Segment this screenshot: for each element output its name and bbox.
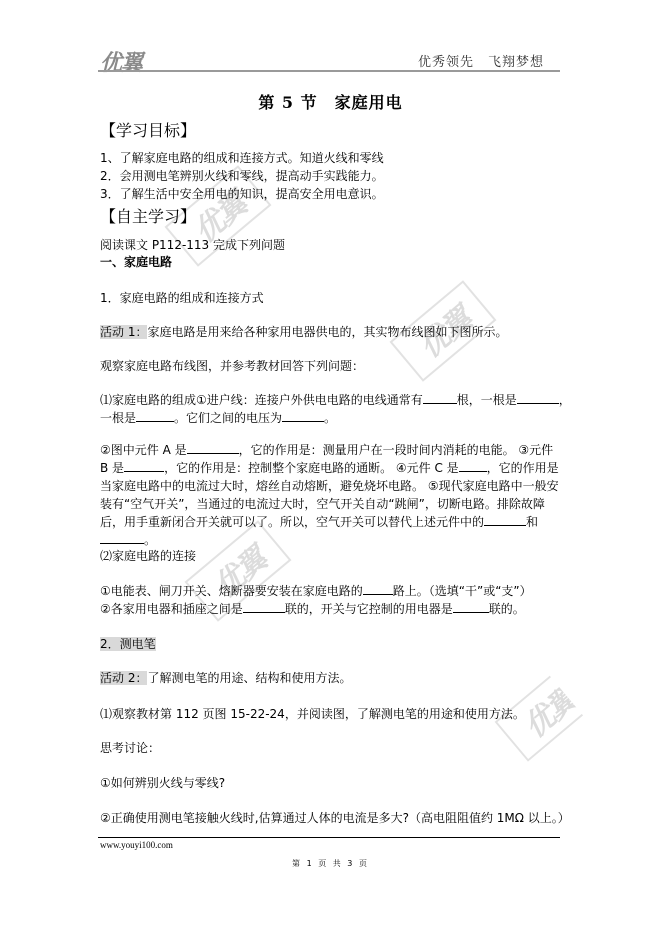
footer-divider xyxy=(98,837,560,838)
q1-text: 。 xyxy=(324,411,336,425)
connection-item-1: ①电能表、闸刀开关、熔断器要安装在家庭电路的路上。（选填“干”或“支”） xyxy=(100,582,532,600)
header-divider xyxy=(98,70,560,72)
header-logo: 优翼 xyxy=(100,46,142,77)
connection-item-2: ②各家用电器和插座之间是联的，开关与它控制的用电器是联的。 xyxy=(100,600,525,618)
conn-text: 路上。（选填“干”或“支”） xyxy=(393,584,532,598)
q1-text: 根，一根是 xyxy=(457,393,517,407)
question-1-line2: 一根是。它们之间的电压为。 xyxy=(100,409,336,427)
activity1-label: 活动 1： xyxy=(100,325,147,339)
part1-heading: 一、家庭电路 xyxy=(100,253,172,271)
answer-blank[interactable] xyxy=(136,409,174,422)
q1-text: ⑴家庭电路的组成①进户线：连接户外供电电路的电线通常有 xyxy=(100,393,423,407)
objective-item: 2．会用测电笔辨别火线和零线，提高动手实践能力。 xyxy=(100,167,384,185)
activity2-label: 活动 2： xyxy=(100,671,147,685)
conn-text: 联的。 xyxy=(489,602,525,616)
objective-item: 1、了解家庭电路的组成和连接方式。知道火线和零线 xyxy=(100,149,384,167)
answer-blank[interactable] xyxy=(282,409,324,422)
page-title: 第 5 节 家庭用电 xyxy=(0,90,661,113)
activity2: 活动 2：了解测电笔的用途、结构和使用方法。 xyxy=(100,669,351,687)
answer-blank[interactable] xyxy=(517,391,559,404)
document-page: 优翼 优翼 优翼 优翼 优翼 优秀领先 飞翔梦想 第 5 节 家庭用电 【学习目… xyxy=(0,0,661,935)
conn-text: ①电能表、闸刀开关、熔断器要安装在家庭电路的 xyxy=(100,584,363,598)
sub2-heading-text: 2．测电笔 xyxy=(100,637,156,651)
answer-blank[interactable] xyxy=(459,459,487,472)
question-2-paragraph: ②图中元件 A 是，它的作用是：测量用户在一段时间内消耗的电能。 ③元件 B 是… xyxy=(100,441,562,549)
activity1: 活动 1：家庭电路是用来给各种家用电器供电的，其实物布线图如下图所示。 xyxy=(100,323,507,341)
discussion-heading: 思考讨论： xyxy=(100,739,160,757)
conn-text: ②各家用电器和插座之间是 xyxy=(100,602,243,616)
header-slogan: 优秀领先 飞翔梦想 xyxy=(418,51,544,70)
conn-text: 联的，开关与它控制的用电器是 xyxy=(285,602,453,616)
objective-item: 3．了解生活中安全用电的知识，提高安全用电意识。 xyxy=(100,185,384,203)
answer-blank[interactable] xyxy=(484,513,526,526)
answer-blank[interactable] xyxy=(453,600,489,613)
activity1-text: 家庭电路是用来给各种家用电器供电的，其实物布线图如下图所示。 xyxy=(147,325,507,339)
reading-instruction: 阅读课文 P112-113 完成下列问题 xyxy=(100,236,285,254)
answer-blank[interactable] xyxy=(363,582,393,595)
observe2-instruction: ⑴观察教材第 112 页图 15-22-24，并阅读图，了解测电笔的用途和使用方… xyxy=(100,705,525,723)
answer-blank[interactable] xyxy=(243,600,285,613)
activity2-text: 了解测电笔的用途、结构和使用方法。 xyxy=(147,671,351,685)
observe-instruction: 观察家庭电路布线图，并参考教材回答下列问题： xyxy=(100,357,364,375)
page-number: 第 1 页 共 3 页 xyxy=(0,858,661,869)
self-study-heading: 【自主学习】 xyxy=(100,208,196,226)
q2-text: ，它的作用是：控制整个家庭电路的通断。 ④元件 C 是 xyxy=(164,461,459,475)
objectives-heading: 【学习目标】 xyxy=(100,122,196,140)
q2-text: 和 xyxy=(526,515,538,529)
q1-text: 一根是 xyxy=(100,411,136,425)
answer-blank[interactable] xyxy=(100,531,144,544)
answer-blank[interactable] xyxy=(124,459,164,472)
discussion-question-1: ①如何辨别火线与零线? xyxy=(100,774,225,792)
footer-url: www.youyi100.com xyxy=(100,840,173,850)
connection-heading: ⑵家庭电路的连接 xyxy=(100,547,196,565)
answer-blank[interactable] xyxy=(423,391,457,404)
discussion-question-2: ②正确使用测电笔接触火线时,估算通过人体的电流是多大?（高电阻阻值约 1MΩ 以… xyxy=(100,809,570,827)
q1-text: 。它们之间的电压为 xyxy=(174,411,282,425)
q2-text: 。 xyxy=(144,533,156,547)
answer-blank[interactable] xyxy=(187,441,239,454)
q1-text: ， xyxy=(559,393,571,407)
q2-text: ②图中元件 A 是 xyxy=(100,443,187,457)
sub1-heading: 1．家庭电路的组成和连接方式 xyxy=(100,289,264,307)
sub2-heading: 2．测电笔 xyxy=(100,635,156,653)
question-1-line1: ⑴家庭电路的组成①进户线：连接户外供电电路的电线通常有根，一根是， xyxy=(100,391,571,409)
